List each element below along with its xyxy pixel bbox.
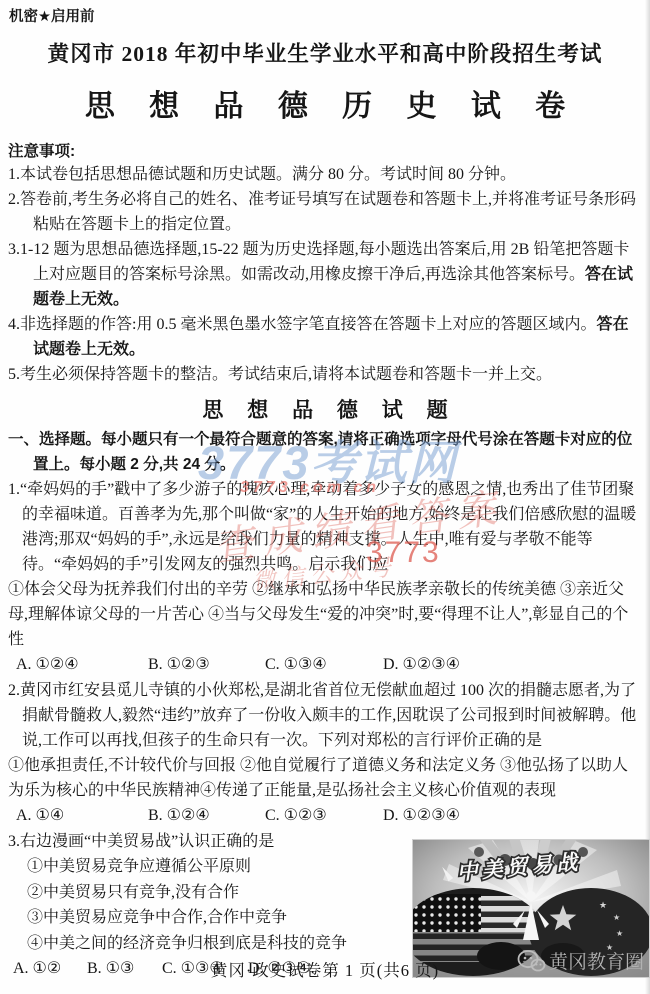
option-a: A. ①④ [16,803,148,829]
q3-list-item: ①中美贸易竞争应遵循公平原则 [8,854,417,880]
note-item: 4.非选择题的作答:用 0.5 毫米黑色墨水签字笔直接答在答题卡上对应的答题区域… [8,312,642,362]
question-3-stem: 3.右边漫画“中美贸易战”认识正确的是 [8,829,420,854]
question-2-options: A. ①④ B. ①②④ C. ①②③ D. ①②③④ [8,803,642,829]
exam-title: 黄冈市 2018 年初中毕业生学业水平和高中阶段招生考试 [8,0,642,68]
option-d: D. ①②③④ [383,803,460,829]
option-c: C. ①③④ [265,652,383,678]
question-2-items: ①他承担责任,不计较代价与回报 ②他自觉履行了道德义务和法定义务 ③他弘扬了以助… [8,753,642,803]
option-d: D. ①②③④ [383,652,460,678]
option-c: C. ①②③ [265,803,383,829]
q3-list-item: ④中美之间的经济竞争归根到底是科技的竞争 [8,931,417,957]
question-1-items: ①体会父母为抚养我们付出的辛劳 ②继承和弘扬中华民族孝亲敬长的传统美德 ③亲近父… [8,577,642,652]
wechat-brand: 黄冈教育圈 [516,947,644,974]
wechat-name: 黄冈教育圈 [549,947,644,974]
svg-text:★: ★ [613,913,620,922]
direction-text: 一、选择题。每小题只有一个最符合题意的答案,请将正确选项字母代号涂在答题卡对应的… [8,427,642,477]
note-item: 1.本试卷包括思想品德试题和历史试题。满分 80 分。考试时间 80 分钟。 [8,162,642,187]
question-1-stem: 1.“牵妈妈的手”戳中了多少游子的愧疚心理,牵动着多少子女的感恩之情,也秀出了佳… [8,477,642,577]
q3-list-item: ③中美贸易应竞争中合作,合作中竞争 [8,905,417,931]
option-a: A. ①②④ [16,652,148,678]
option-b: B. ①②③ [148,652,265,678]
svg-text:★: ★ [616,929,623,938]
svg-text:★: ★ [599,900,607,910]
section-title: 思 想 品 德 试 题 [8,394,642,424]
note-text: 5.考生必须保持答题卡的整洁。考试结束后,请将本试题卷和答题卡一并上交。 [8,366,552,383]
notes-heading: 注意事项: [8,139,642,161]
wechat-icon [516,948,546,974]
note-text: 1.本试卷包括思想品德试题和历史试题。满分 80 分。考试时间 80 分钟。 [8,166,516,183]
note-text: 3.1-12 题为思想品德选择题,15-22 题为历史选择题,每小题选出答案后,… [8,241,629,283]
note-text: 4.非选择题的作答:用 0.5 毫米黑色墨水签字笔直接答在答题卡上对应的答题区域… [8,316,596,333]
page-content: 黄冈市 2018 年初中毕业生学业水平和高中阶段招生考试 思 想 品 德 历 史… [0,0,650,982]
question-1-options: A. ①②④ B. ①②③ C. ①③④ D. ①②③④ [8,652,642,678]
note-text: 2.答卷前,考生务必将自己的姓名、准考证号填写在试题卷和答题卡上,并将准考证号条… [8,191,636,233]
question-2-stem: 2.黄冈市红安县觅儿寺镇的小伙郑松,是湖北省首位无偿献血超过 100 次的捐髓志… [8,678,642,753]
q3-list-item: ②中美贸易只有竞争,没有合作 [8,880,417,906]
option-b: B. ①②④ [148,803,265,829]
note-item: 3.1-12 题为思想品德选择题,15-22 题为历史选择题,每小题选出答案后,… [8,237,642,312]
paper-title: 思 想 品 德 历 史 试 卷 [8,81,642,125]
note-item: 2.答卷前,考生务必将自己的姓名、准考证号填写在试题卷和答题卡上,并将准考证号条… [8,187,642,237]
note-item: 5.考生必须保持答题卡的整洁。考试结束后,请将本试题卷和答题卡一并上交。 [8,362,642,387]
exam-paper-page: 机密★启用前 黄冈市 2018 年初中毕业生学业水平和高中阶段招生考试 思 想 … [0,0,650,994]
